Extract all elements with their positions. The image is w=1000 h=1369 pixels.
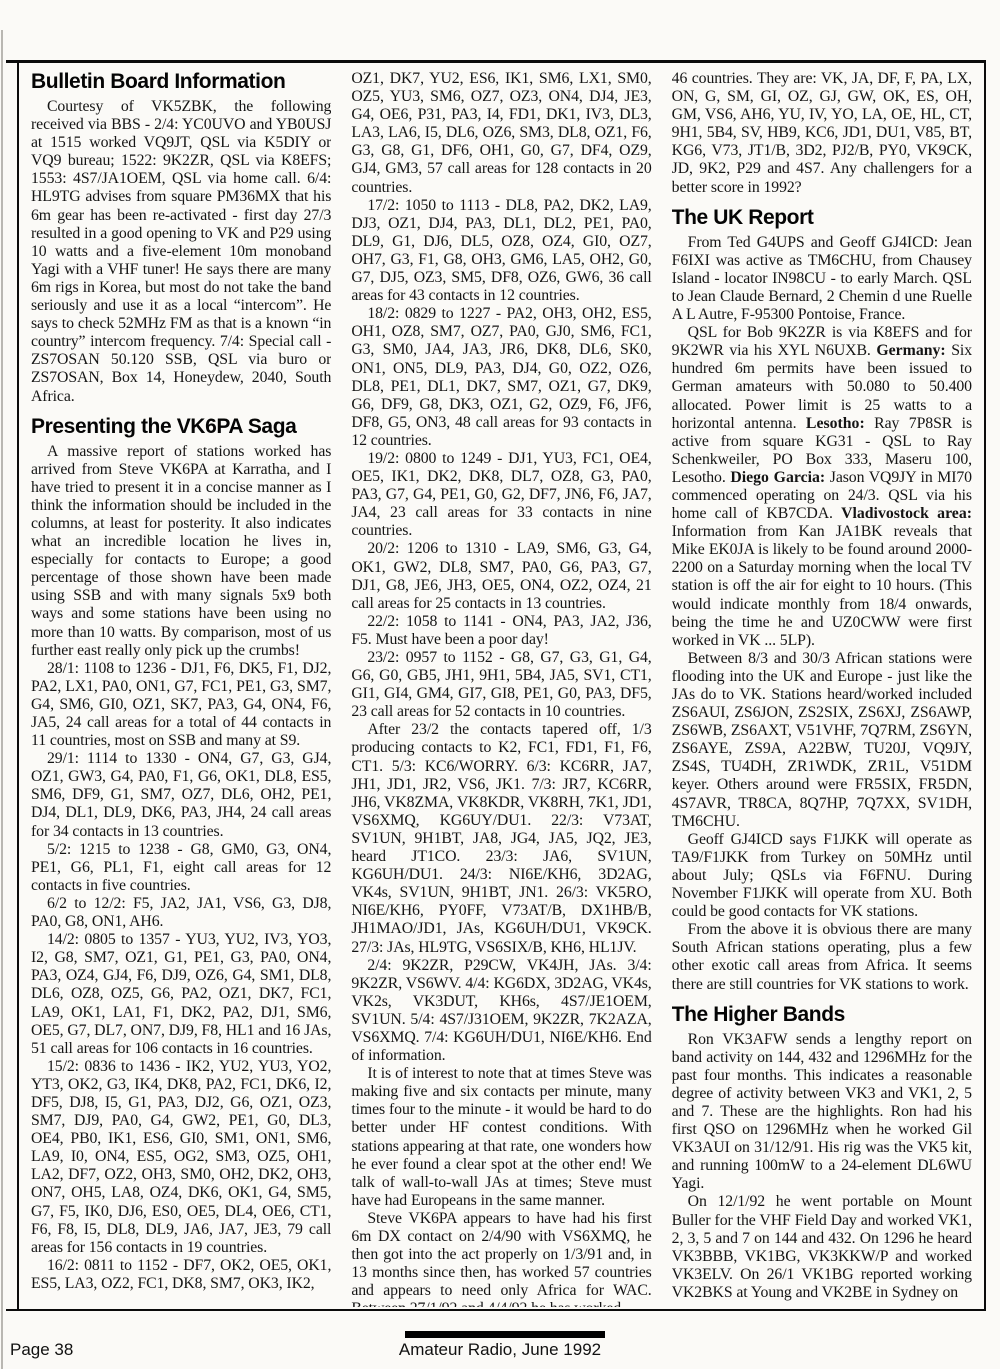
paragraph: On 12/1/92 he went portable on Mount Bul… — [672, 1193, 972, 1302]
paragraph: 22/2: 1058 to 1141 - ON4, PA3, JA2, J36,… — [351, 613, 651, 649]
column-1: Bulletin Board InformationCourtesy of VK… — [31, 70, 331, 1307]
paragraph: 2/4: 9K2ZR, P29CW, VK4JH, JAs. 3/4: 9K2Z… — [351, 957, 651, 1066]
section-heading: Presenting the VK6PA Saga — [31, 415, 331, 439]
paragraph: Ron VK3AFW sends a lengthy report on ban… — [672, 1031, 972, 1194]
frame-bottom-rule — [6, 1309, 986, 1311]
frame-right-rule — [984, 60, 986, 1311]
paragraph: After 23/2 the contacts tapered off, 1/3… — [351, 721, 651, 956]
paragraph: QSL for Bob 9K2ZR is via K8EFS and for 9… — [672, 324, 972, 650]
paragraph: It is of interest to note that at times … — [351, 1065, 651, 1210]
column-3: 46 countries. They are: VK, JA, DF, F, P… — [672, 70, 972, 1307]
paragraph: 16/2: 0811 to 1152 - DF7, OK2, OE5, OK1,… — [31, 1257, 331, 1293]
paragraph: 5/2: 1215 to 1238 - G8, GM0, G3, ON4, PE… — [31, 841, 331, 895]
paragraph: 19/2: 0800 to 1249 - DJ1, YU3, FC1, OE4,… — [351, 450, 651, 540]
paragraph: 15/2: 0836 to 1436 - IK2, YU2, YU3, YO2,… — [31, 1058, 331, 1257]
paragraph: 29/1: 1114 to 1330 - ON4, G7, G3, GJ4, O… — [31, 750, 331, 840]
paragraph: Steve VK6PA appears to have had his firs… — [351, 1210, 651, 1307]
paragraph: 23/2: 0957 to 1152 - G8, G7, G3, G1, G4,… — [351, 649, 651, 721]
paragraph: 46 countries. They are: VK, JA, DF, F, P… — [672, 70, 972, 197]
bold-run-in-label: Vladivostock area: — [841, 505, 972, 522]
paragraph: Courtesy of VK5ZBK, the following receiv… — [31, 98, 331, 406]
bold-run-in-label: Diego Garcia: — [730, 469, 825, 486]
paragraph: Between 8/3 and 30/3 African stations we… — [672, 650, 972, 831]
column-2: OZ1, DK7, YU2, ES6, IK1, SM6, LX1, SM0, … — [351, 70, 651, 1307]
paragraph: 14/2: 0805 to 1357 - YU3, YU2, IV3, YO3,… — [31, 931, 331, 1058]
page-content: Bulletin Board InformationCourtesy of VK… — [19, 63, 984, 1307]
paragraph: 20/2: 1206 to 1310 - LA9, SM6, G3, G4, O… — [351, 540, 651, 612]
paragraph: 28/1: 1108 to 1236 - DJ1, F6, DK5, F1, D… — [31, 660, 331, 750]
paragraph: 18/2: 0829 to 1227 - PA2, OH3, OH2, ES5,… — [351, 305, 651, 450]
paragraph: From Ted G4UPS and Geoff GJ4ICD: Jean F6… — [672, 234, 972, 324]
footer-publication-title: Amateur Radio, June 1992 — [0, 1340, 1000, 1360]
section-heading: Bulletin Board Information — [31, 70, 331, 94]
paragraph: Geoff GJ4ICD says F1JKK will operate as … — [672, 831, 972, 921]
paragraph: 6/2 to 12/2: F5, JA2, JA1, VS6, G3, DJ8,… — [31, 895, 331, 931]
paragraph: From the above it is obvious there are m… — [672, 921, 972, 993]
paragraph: OZ1, DK7, YU2, ES6, IK1, SM6, LX1, SM0, … — [351, 70, 651, 197]
section-heading: The Higher Bands — [672, 1003, 972, 1027]
scan-edge-artifact — [1, 30, 3, 1369]
bold-run-in-label: Germany: — [876, 342, 945, 359]
bold-run-in-label: Lesotho: — [806, 415, 865, 432]
paragraph: 17/2: 1050 to 1113 - DL8, PA2, DK2, LA9,… — [351, 197, 651, 306]
section-heading: The UK Report — [672, 206, 972, 230]
footer-divider-bar — [405, 1331, 605, 1338]
paragraph: A massive report of stations worked has … — [31, 443, 331, 660]
